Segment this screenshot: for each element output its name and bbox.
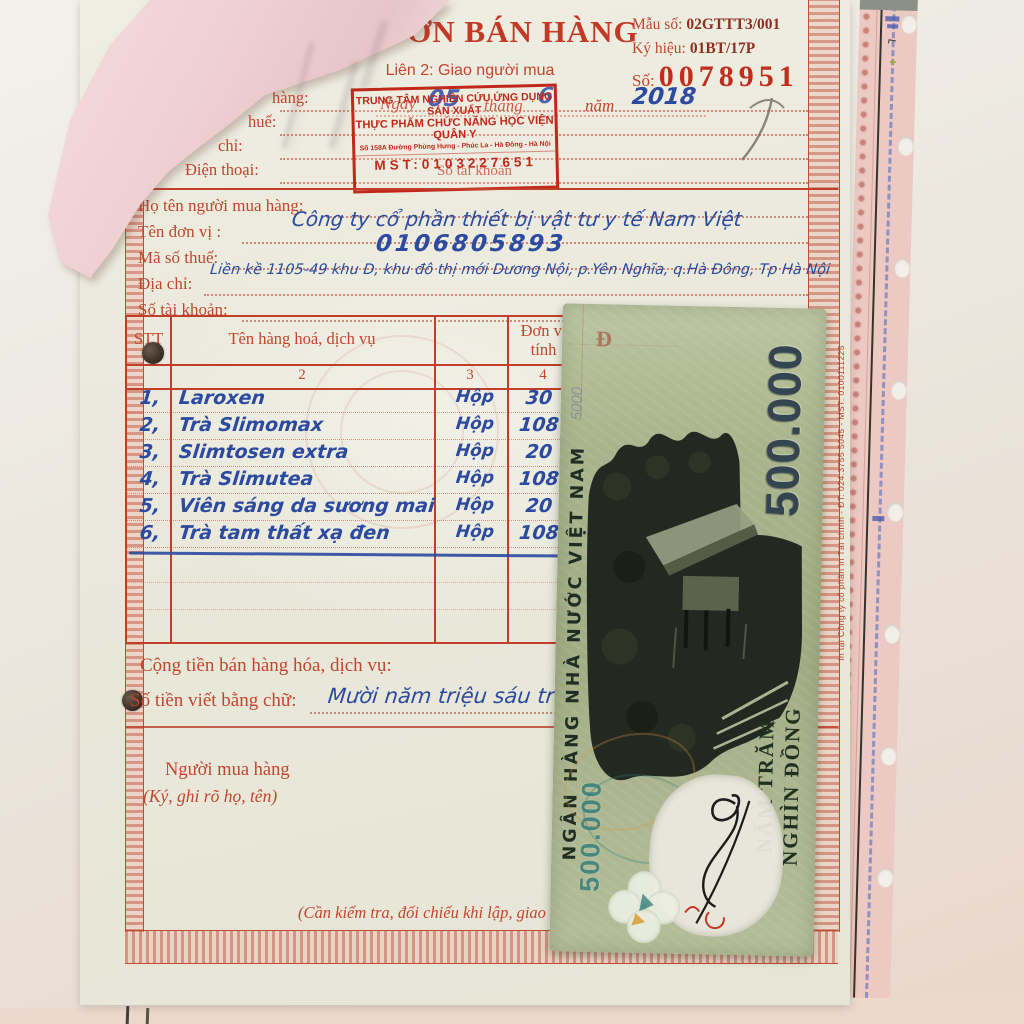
showthrough-dotted-line: [568, 343, 678, 346]
invoice-number-label: Số:: [632, 71, 655, 90]
showthrough-text-smudge: [328, 61, 360, 149]
plus-registration-mark: +: [889, 54, 897, 69]
serial-label: Ký hiệu:: [632, 40, 686, 57]
photo-of-invoice: ⌐ + HOÁ ĐƠN BÁN HÀNG Liên 2: Giao người …: [0, 0, 1024, 1024]
item-stt: 6,: [132, 522, 168, 544]
showthrough-handwriting: 5000: [568, 368, 585, 438]
showthrough-invoice-letter: Đ: [596, 326, 612, 352]
item-stt: 3,: [132, 441, 168, 463]
item-unit: Hộp: [444, 468, 506, 488]
punch-hole: [877, 868, 894, 887]
item-name: Viên sáng da sương mai: [178, 495, 436, 517]
item-name: Trà Slimutea: [178, 468, 315, 490]
punch-hole: [142, 342, 164, 364]
item-unit: Hộp: [444, 414, 506, 434]
punch-hole: [894, 258, 911, 277]
strip-top-shadow: [860, 0, 918, 11]
invoice-number-value: 0078951: [659, 60, 799, 93]
printer-imprint-line: In tại Công ty cổ phần in Tài chính - ĐT…: [836, 293, 850, 713]
punch-hole: [881, 746, 898, 765]
folded-pink-corner: [40, 0, 460, 300]
pencil-mark: [720, 92, 800, 172]
item-stt: 4,: [132, 468, 168, 490]
item-name: Trà Slimomax: [178, 414, 324, 436]
banknote-500000-vnd: Đ 5000 NGÂN HÀNG NHÀ NƯỚC VIỆT NAM 50: [549, 303, 827, 956]
amount-in-words-label: Số tiền viết bằng chữ:: [130, 690, 297, 712]
serial-value: 01BT/17P: [690, 40, 755, 57]
fold-paper: [40, 0, 460, 300]
binder-mark: [146, 1008, 150, 1024]
item-name: Slimtosen extra: [178, 441, 350, 463]
invoice-meta-block: Mẫu số: 02GTTT3/001 Ký hiệu: 01BT/17P Số…: [632, 16, 848, 94]
punch-hole: [901, 15, 918, 34]
col-header-name: Tên hàng hoá, dịch vụ: [170, 329, 434, 349]
col-number: 3: [450, 367, 490, 384]
col-number: 4: [523, 367, 563, 384]
item-name: Trà tam thất xạ đen: [178, 522, 391, 544]
handwritten-closing-line: [129, 551, 577, 557]
item-unit: Hộp: [444, 522, 506, 542]
date-year-label: năm: [585, 96, 614, 116]
form-number-label: Mẫu số:: [632, 16, 682, 33]
col-number: 2: [282, 367, 322, 384]
banknote-value-numeral: 500.000: [754, 312, 809, 548]
item-unit: Hộp: [444, 495, 506, 515]
item-unit: Hộp: [444, 441, 506, 461]
item-name: Laroxen: [178, 387, 266, 409]
footer-check-note: (Cần kiểm tra, đối chiếu khi lập, giao: [298, 903, 546, 923]
buyer-sign-title: Người mua hàng: [165, 760, 290, 781]
punch-hole: [898, 137, 915, 156]
item-unit: Hộp: [444, 387, 506, 407]
blue-print-mark: [885, 16, 899, 21]
corner-bracket-mark: ⌐: [886, 32, 897, 50]
blue-print-mark: [887, 24, 898, 28]
binder-mark: [126, 1006, 130, 1024]
amount-in-words-value: Mười năm triệu sáu trăm: [327, 684, 589, 708]
punch-hole: [891, 380, 908, 399]
lotus-clear-window: [607, 870, 680, 943]
punch-hole: [884, 624, 901, 643]
item-stt: 2,: [132, 414, 168, 436]
form-number-value: 02GTTT3/001: [686, 16, 780, 33]
blue-print-mark: [872, 516, 884, 521]
buyer-sign-note: (Ký, ghi rõ họ, tên): [143, 786, 277, 807]
punch-hole: [887, 502, 904, 521]
total-sum-label: Cộng tiền bán hàng hóa, dịch vụ:: [140, 655, 392, 677]
item-stt: 1,: [132, 387, 168, 409]
item-stt: 5,: [132, 495, 168, 517]
